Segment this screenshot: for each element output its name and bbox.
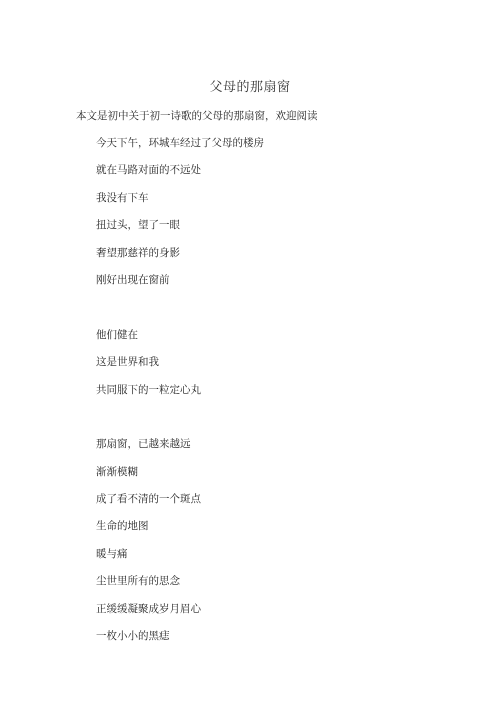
poem-line: 那扇窗，已越来越远 (96, 436, 264, 463)
stanza-break (96, 299, 264, 326)
poem-line: 生命的地图 (96, 518, 264, 545)
poem-line: 渐渐模糊 (96, 464, 264, 491)
poem-line: 奢望那慈祥的身影 (96, 245, 264, 272)
poem-line: 一枚小小的黑痣 (96, 628, 264, 655)
document-title: 父母的那扇窗 (0, 79, 500, 97)
poem-line: 共同服下的一粒定心丸 (96, 382, 264, 409)
poem-line: 我没有下车 (96, 190, 264, 217)
document-page: 父母的那扇窗 本文是初中关于初一诗歌的父母的那扇窗，欢迎阅读 今天下午，环城车经… (0, 0, 500, 707)
poem-body: 今天下午，环城车经过了父母的楼房 就在马路对面的不远处 我没有下车 扭过头，望了… (96, 135, 264, 655)
poem-line: 今天下午，环城车经过了父母的楼房 (96, 135, 264, 162)
intro-paragraph: 本文是初中关于初一诗歌的父母的那扇窗，欢迎阅读 (76, 108, 318, 124)
poem-line: 正缓缓凝聚成岁月眉心 (96, 601, 264, 628)
poem-line: 这是世界和我 (96, 354, 264, 381)
poem-line: 成了看不清的一个斑点 (96, 491, 264, 518)
poem-line: 尘世里所有的思念 (96, 573, 264, 600)
stanza-break (96, 409, 264, 436)
poem-line: 他们健在 (96, 327, 264, 354)
poem-line: 刚好出现在窗前 (96, 272, 264, 299)
poem-line: 扭过头，望了一眼 (96, 217, 264, 244)
poem-line: 暖与痛 (96, 546, 264, 573)
poem-line: 就在马路对面的不远处 (96, 162, 264, 189)
